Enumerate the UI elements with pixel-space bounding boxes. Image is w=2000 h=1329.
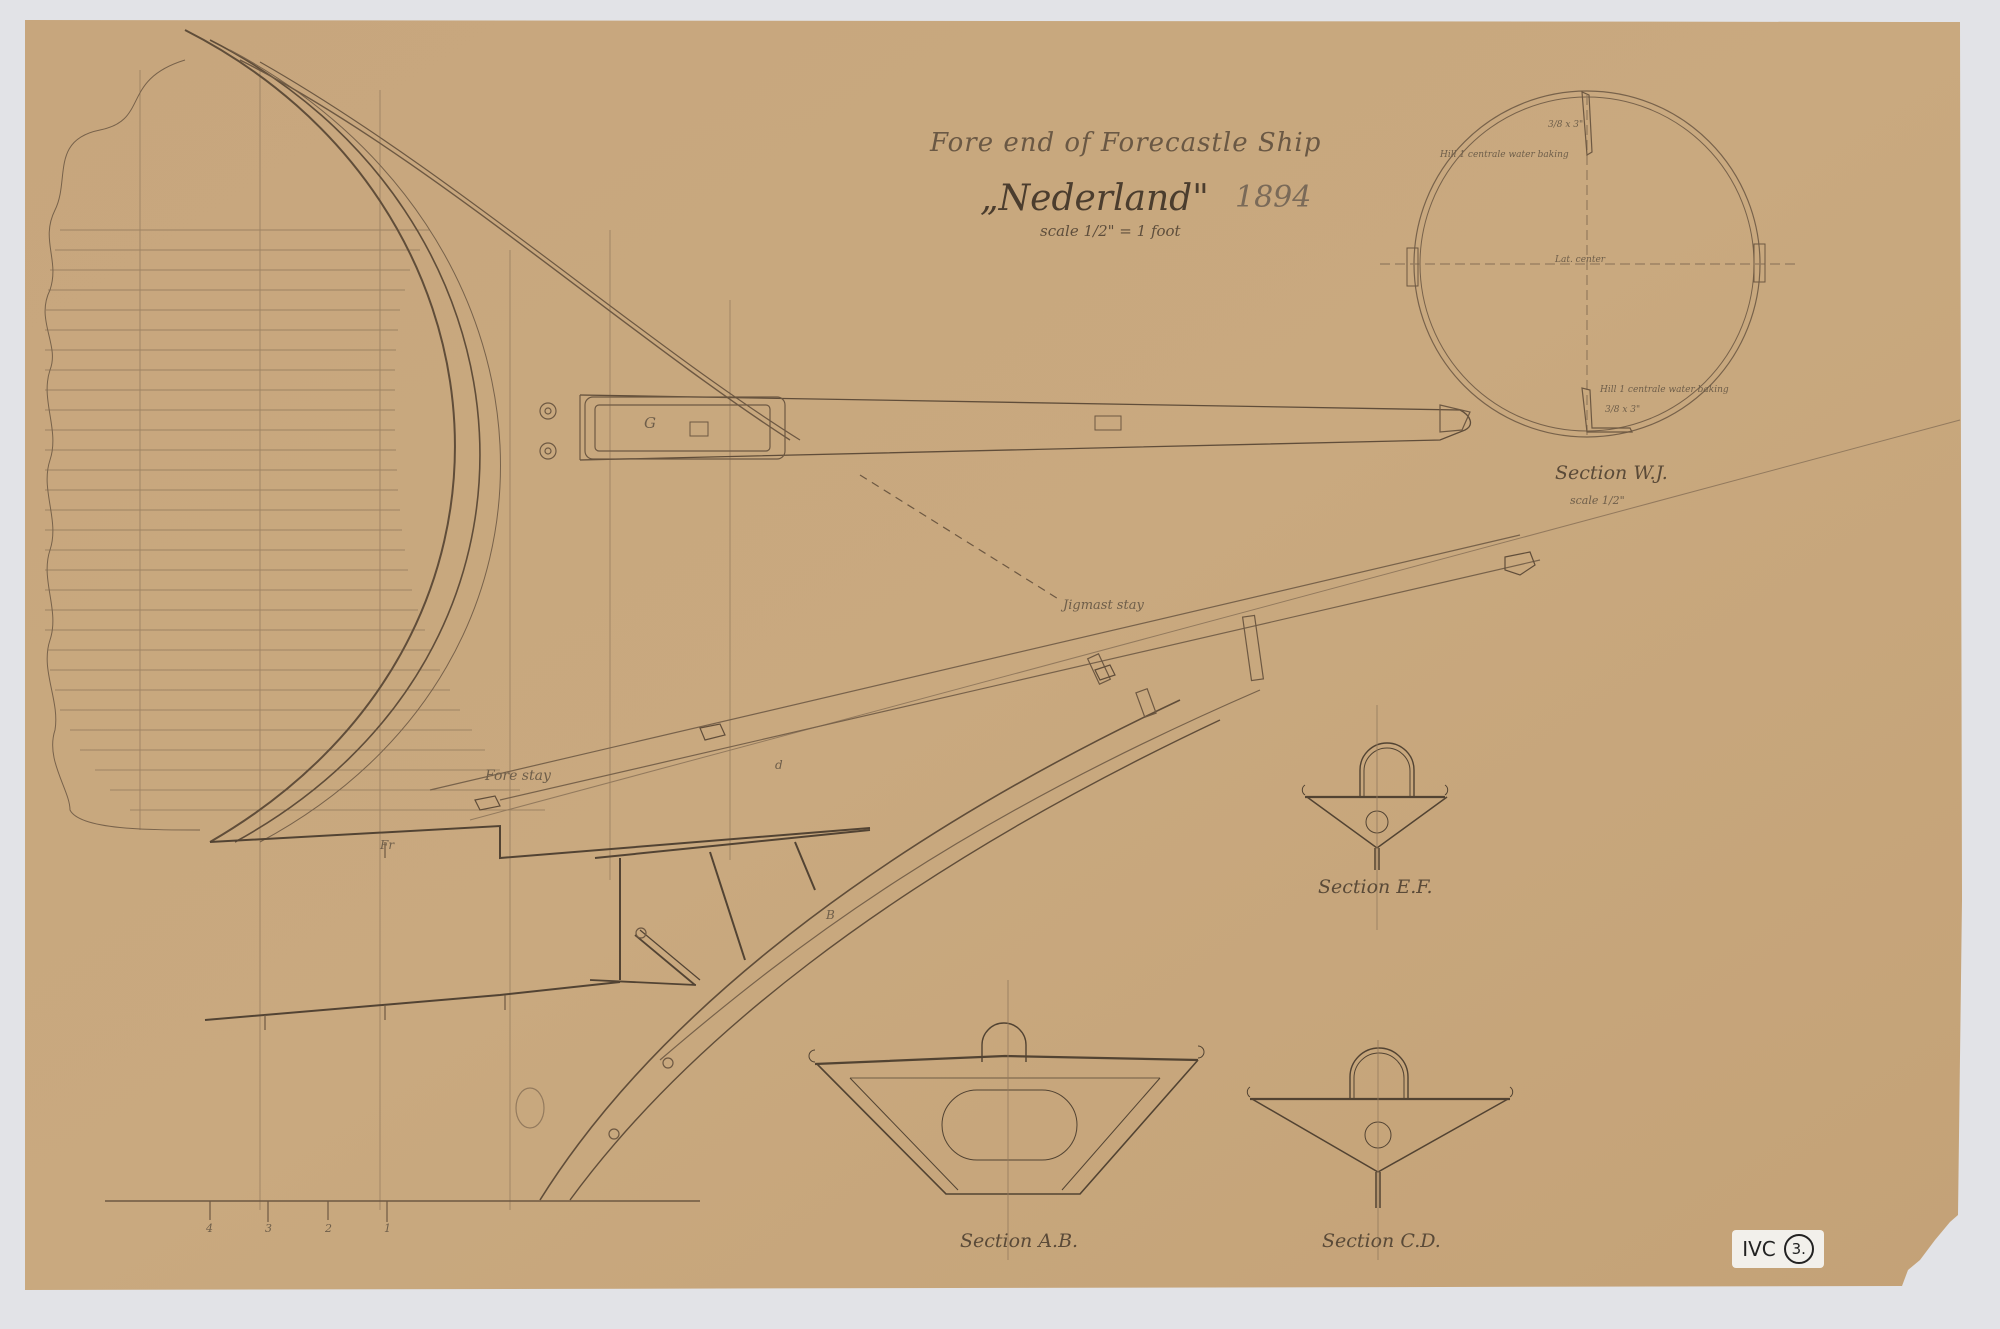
circle-center-label: Lat. center bbox=[1555, 255, 1605, 265]
letter-b: B bbox=[826, 908, 835, 922]
archive-code: IVC bbox=[1742, 1237, 1776, 1261]
section-wj-label: Section W.J. bbox=[1555, 462, 1668, 484]
scale-mark: 1 bbox=[384, 1222, 391, 1235]
section-ef-label: Section E.F. bbox=[1318, 876, 1433, 898]
archive-stamp: IVC 3. bbox=[1732, 1230, 1824, 1268]
scale-mark: 2 bbox=[325, 1222, 332, 1235]
grating-letter: G bbox=[644, 414, 656, 432]
drawing-year: 1894 bbox=[1235, 180, 1311, 215]
section-wj-scale: scale 1/2" bbox=[1570, 494, 1625, 507]
circle-dim-bottom: 3/8 x 3" bbox=[1605, 405, 1640, 415]
circle-note-bottom: Hill 1 centrale water baking bbox=[1600, 385, 1729, 395]
section-ab-label: Section A.B. bbox=[960, 1230, 1078, 1252]
fore-stay-label: Fore stay bbox=[485, 768, 551, 784]
jigmast-stay-label: Jigmast stay bbox=[1063, 598, 1144, 613]
archive-number: 3. bbox=[1784, 1234, 1814, 1264]
drawing-title: Fore end of Forecastle Ship bbox=[930, 128, 1321, 158]
drawing-scale: scale 1/2" = 1 foot bbox=[1040, 222, 1181, 240]
circle-note-top: Hill 1 centrale water baking bbox=[1440, 150, 1569, 160]
section-cd-label: Section C.D. bbox=[1322, 1230, 1441, 1252]
scale-mark: 4 bbox=[206, 1222, 213, 1235]
letter-d: d bbox=[775, 758, 783, 772]
circle-dim-top: 3/8 x 3" bbox=[1548, 120, 1583, 130]
scale-mark: 3 bbox=[265, 1222, 272, 1235]
ship-name: „Nederland" bbox=[980, 178, 1209, 219]
letter-fr: Fr bbox=[380, 838, 394, 852]
